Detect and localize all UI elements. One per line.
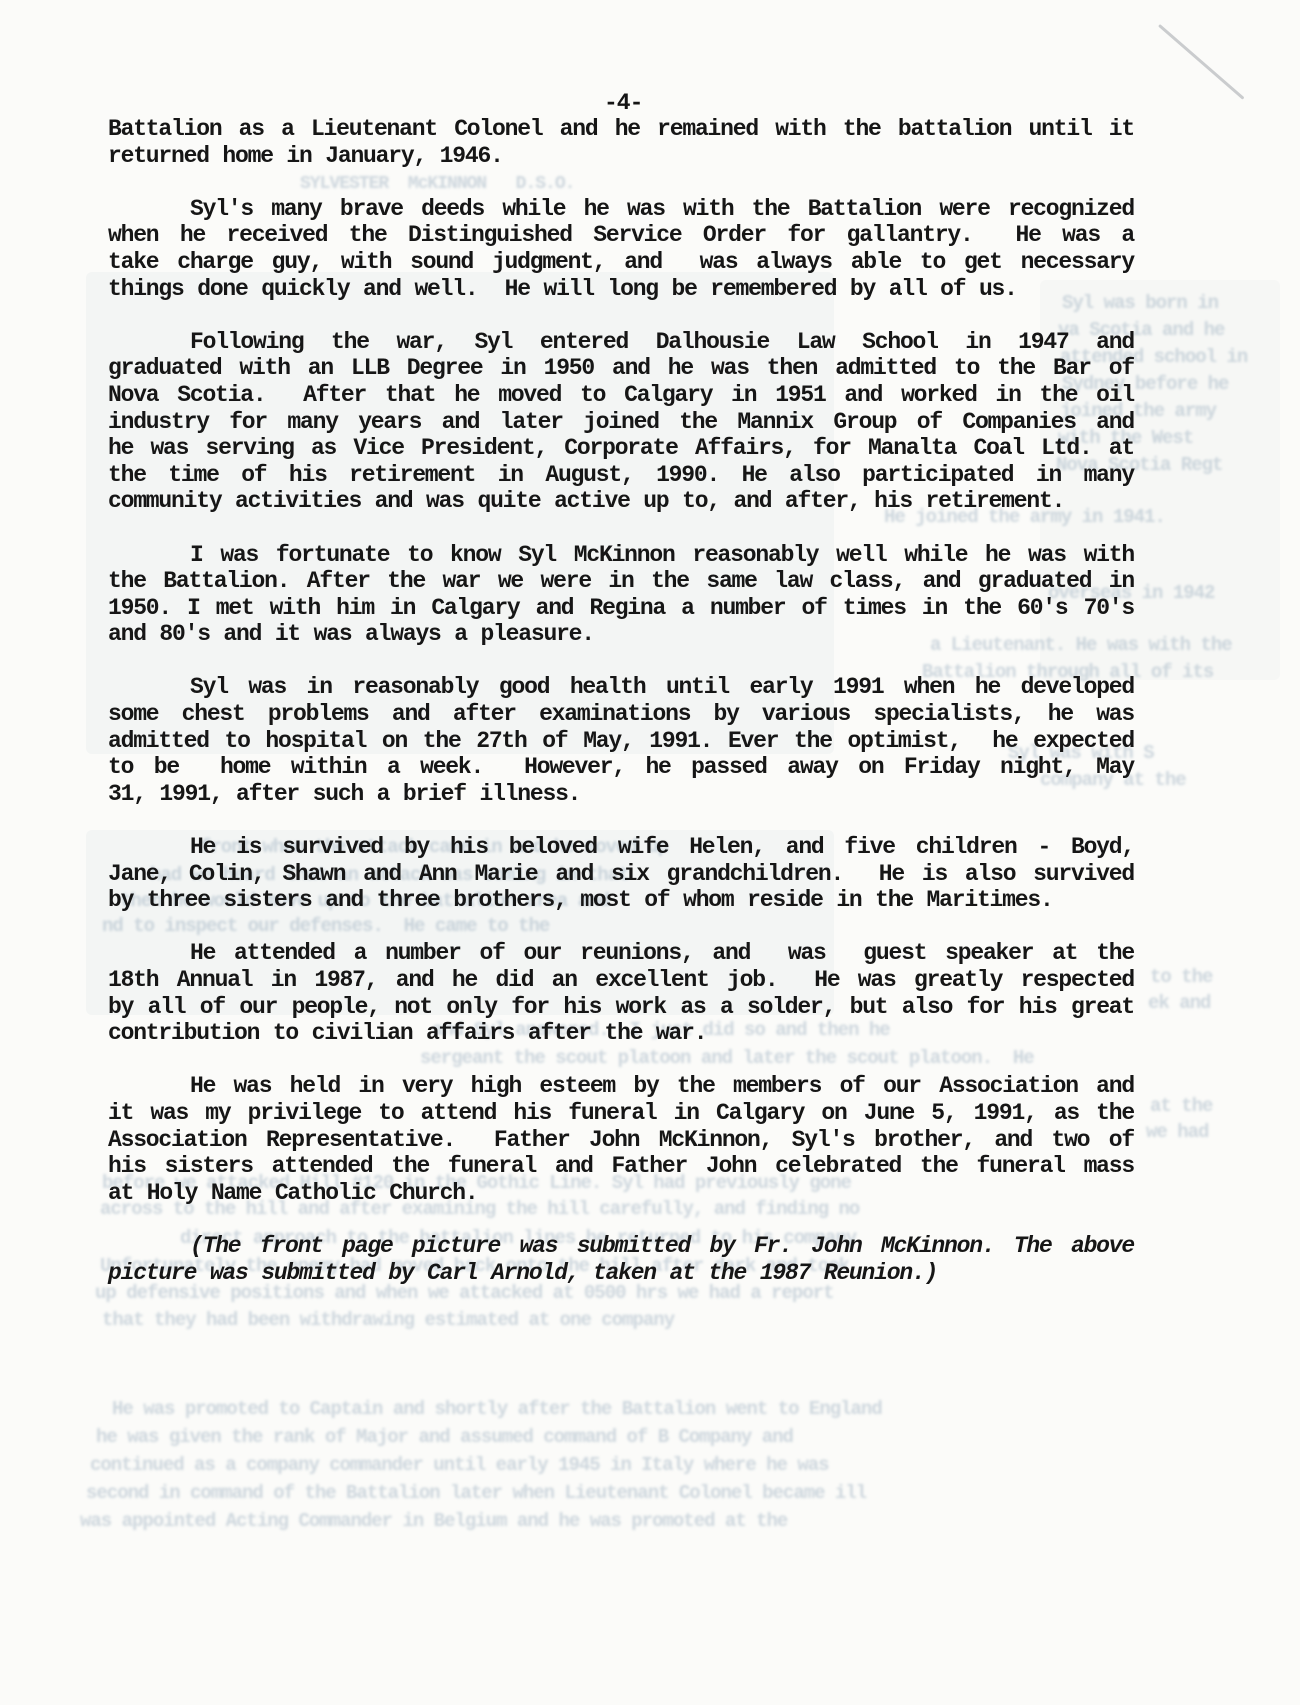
text-line: Nova Scotia. After that he moved to Calg… bbox=[108, 382, 1134, 409]
paragraph: I was fortunate to know Syl McKinnon rea… bbox=[108, 542, 1134, 648]
page-number: -4- bbox=[604, 90, 642, 116]
text-line: He is survived by his beloved wife Helen… bbox=[108, 834, 1134, 861]
text-line: when he received the Distinguished Servi… bbox=[108, 222, 1134, 249]
ghost-text-line: we had bbox=[1146, 1121, 1208, 1143]
text-line: He was held in very high esteem by the m… bbox=[108, 1073, 1134, 1100]
text-line: the Battalion. After the war we were in … bbox=[108, 568, 1134, 595]
paragraph: Syl's many brave deeds while he was with… bbox=[108, 196, 1134, 302]
text-line: industry for many years and later joined… bbox=[108, 409, 1134, 436]
text-line: his sisters attended the funeral and Fat… bbox=[108, 1153, 1134, 1180]
text-line: 18th Annual in 1987, and he did an excel… bbox=[108, 967, 1134, 994]
text-line: and 80's and it was always a pleasure. bbox=[108, 621, 1134, 648]
text-line: picture was submitted by Carl Arnold, ta… bbox=[108, 1260, 1134, 1287]
text-line: Syl was in reasonably good health until … bbox=[108, 674, 1134, 701]
scratch-artifact bbox=[1158, 24, 1244, 99]
text-line: community activities and was quite activ… bbox=[108, 488, 1134, 515]
text-line: by three sisters and three brothers, mos… bbox=[108, 887, 1134, 914]
ghost-text-line: to the bbox=[1150, 966, 1212, 988]
text-line: Battalion as a Lieutenant Colonel and he… bbox=[108, 116, 1134, 143]
text-line: take charge guy, with sound judgment, an… bbox=[108, 249, 1134, 276]
text-line: returned home in January, 1946. bbox=[108, 143, 1134, 170]
text-line: admitted to hospital on the 27th of May,… bbox=[108, 728, 1134, 755]
ghost-text-line: he was given the rank of Major and assum… bbox=[96, 1426, 793, 1448]
paragraph: He is survived by his beloved wife Helen… bbox=[108, 834, 1134, 914]
text-line: Syl's many brave deeds while he was with… bbox=[108, 196, 1134, 223]
document-body: Battalion as a Lieutenant Colonel and he… bbox=[108, 116, 1134, 1313]
paragraph: Battalion as a Lieutenant Colonel and he… bbox=[108, 116, 1134, 169]
ghost-text-line: at the bbox=[1150, 1095, 1212, 1117]
ghost-text-line: was appointed Acting Commander in Belgiu… bbox=[80, 1510, 787, 1532]
ghost-text-line: continued as a company commander until e… bbox=[90, 1454, 829, 1476]
paragraph: He attended a number of our reunions, an… bbox=[108, 940, 1134, 1046]
text-line: I was fortunate to know Syl McKinnon rea… bbox=[108, 542, 1134, 569]
text-line: (The front page picture was submitted by… bbox=[108, 1233, 1134, 1260]
text-line: 31, 1991, after such a brief illness. bbox=[108, 781, 1134, 808]
paragraph: (The front page picture was submitted by… bbox=[108, 1233, 1134, 1286]
paragraph: Following the war, Syl entered Dalhousie… bbox=[108, 329, 1134, 515]
text-line: graduated with an LLB Degree in 1950 and… bbox=[108, 355, 1134, 382]
text-line: Jane, Colin, Shawn and Ann Marie and six… bbox=[108, 861, 1134, 888]
ghost-text-line: second in command of the Battalion later… bbox=[86, 1482, 866, 1504]
text-line: some chest problems and after examinatio… bbox=[108, 701, 1134, 728]
text-line: contribution to civilian affairs after t… bbox=[108, 1020, 1134, 1047]
text-line: Following the war, Syl entered Dalhousie… bbox=[108, 329, 1134, 356]
text-line: the time of his retirement in August, 19… bbox=[108, 462, 1134, 489]
text-line: things done quickly and well. He will lo… bbox=[108, 276, 1134, 303]
text-line: it was my privilege to attend his funera… bbox=[108, 1100, 1134, 1127]
text-line: 1950. I met with him in Calgary and Regi… bbox=[108, 595, 1134, 622]
paragraph: He was held in very high esteem by the m… bbox=[108, 1073, 1134, 1206]
ghost-text-line: He was promoted to Captain and shortly a… bbox=[112, 1398, 882, 1420]
text-line: by all of our people, not only for his w… bbox=[108, 994, 1134, 1021]
text-line: Association Representative. Father John … bbox=[108, 1127, 1134, 1154]
text-line: he was serving as Vice President, Corpor… bbox=[108, 435, 1134, 462]
text-line: He attended a number of our reunions, an… bbox=[108, 940, 1134, 967]
ghost-text-line: ek and bbox=[1148, 992, 1210, 1014]
text-line: to be home within a week. However, he pa… bbox=[108, 754, 1134, 781]
paragraph: Syl was in reasonably good health until … bbox=[108, 674, 1134, 807]
text-line: at Holy Name Catholic Church. bbox=[108, 1180, 1134, 1207]
